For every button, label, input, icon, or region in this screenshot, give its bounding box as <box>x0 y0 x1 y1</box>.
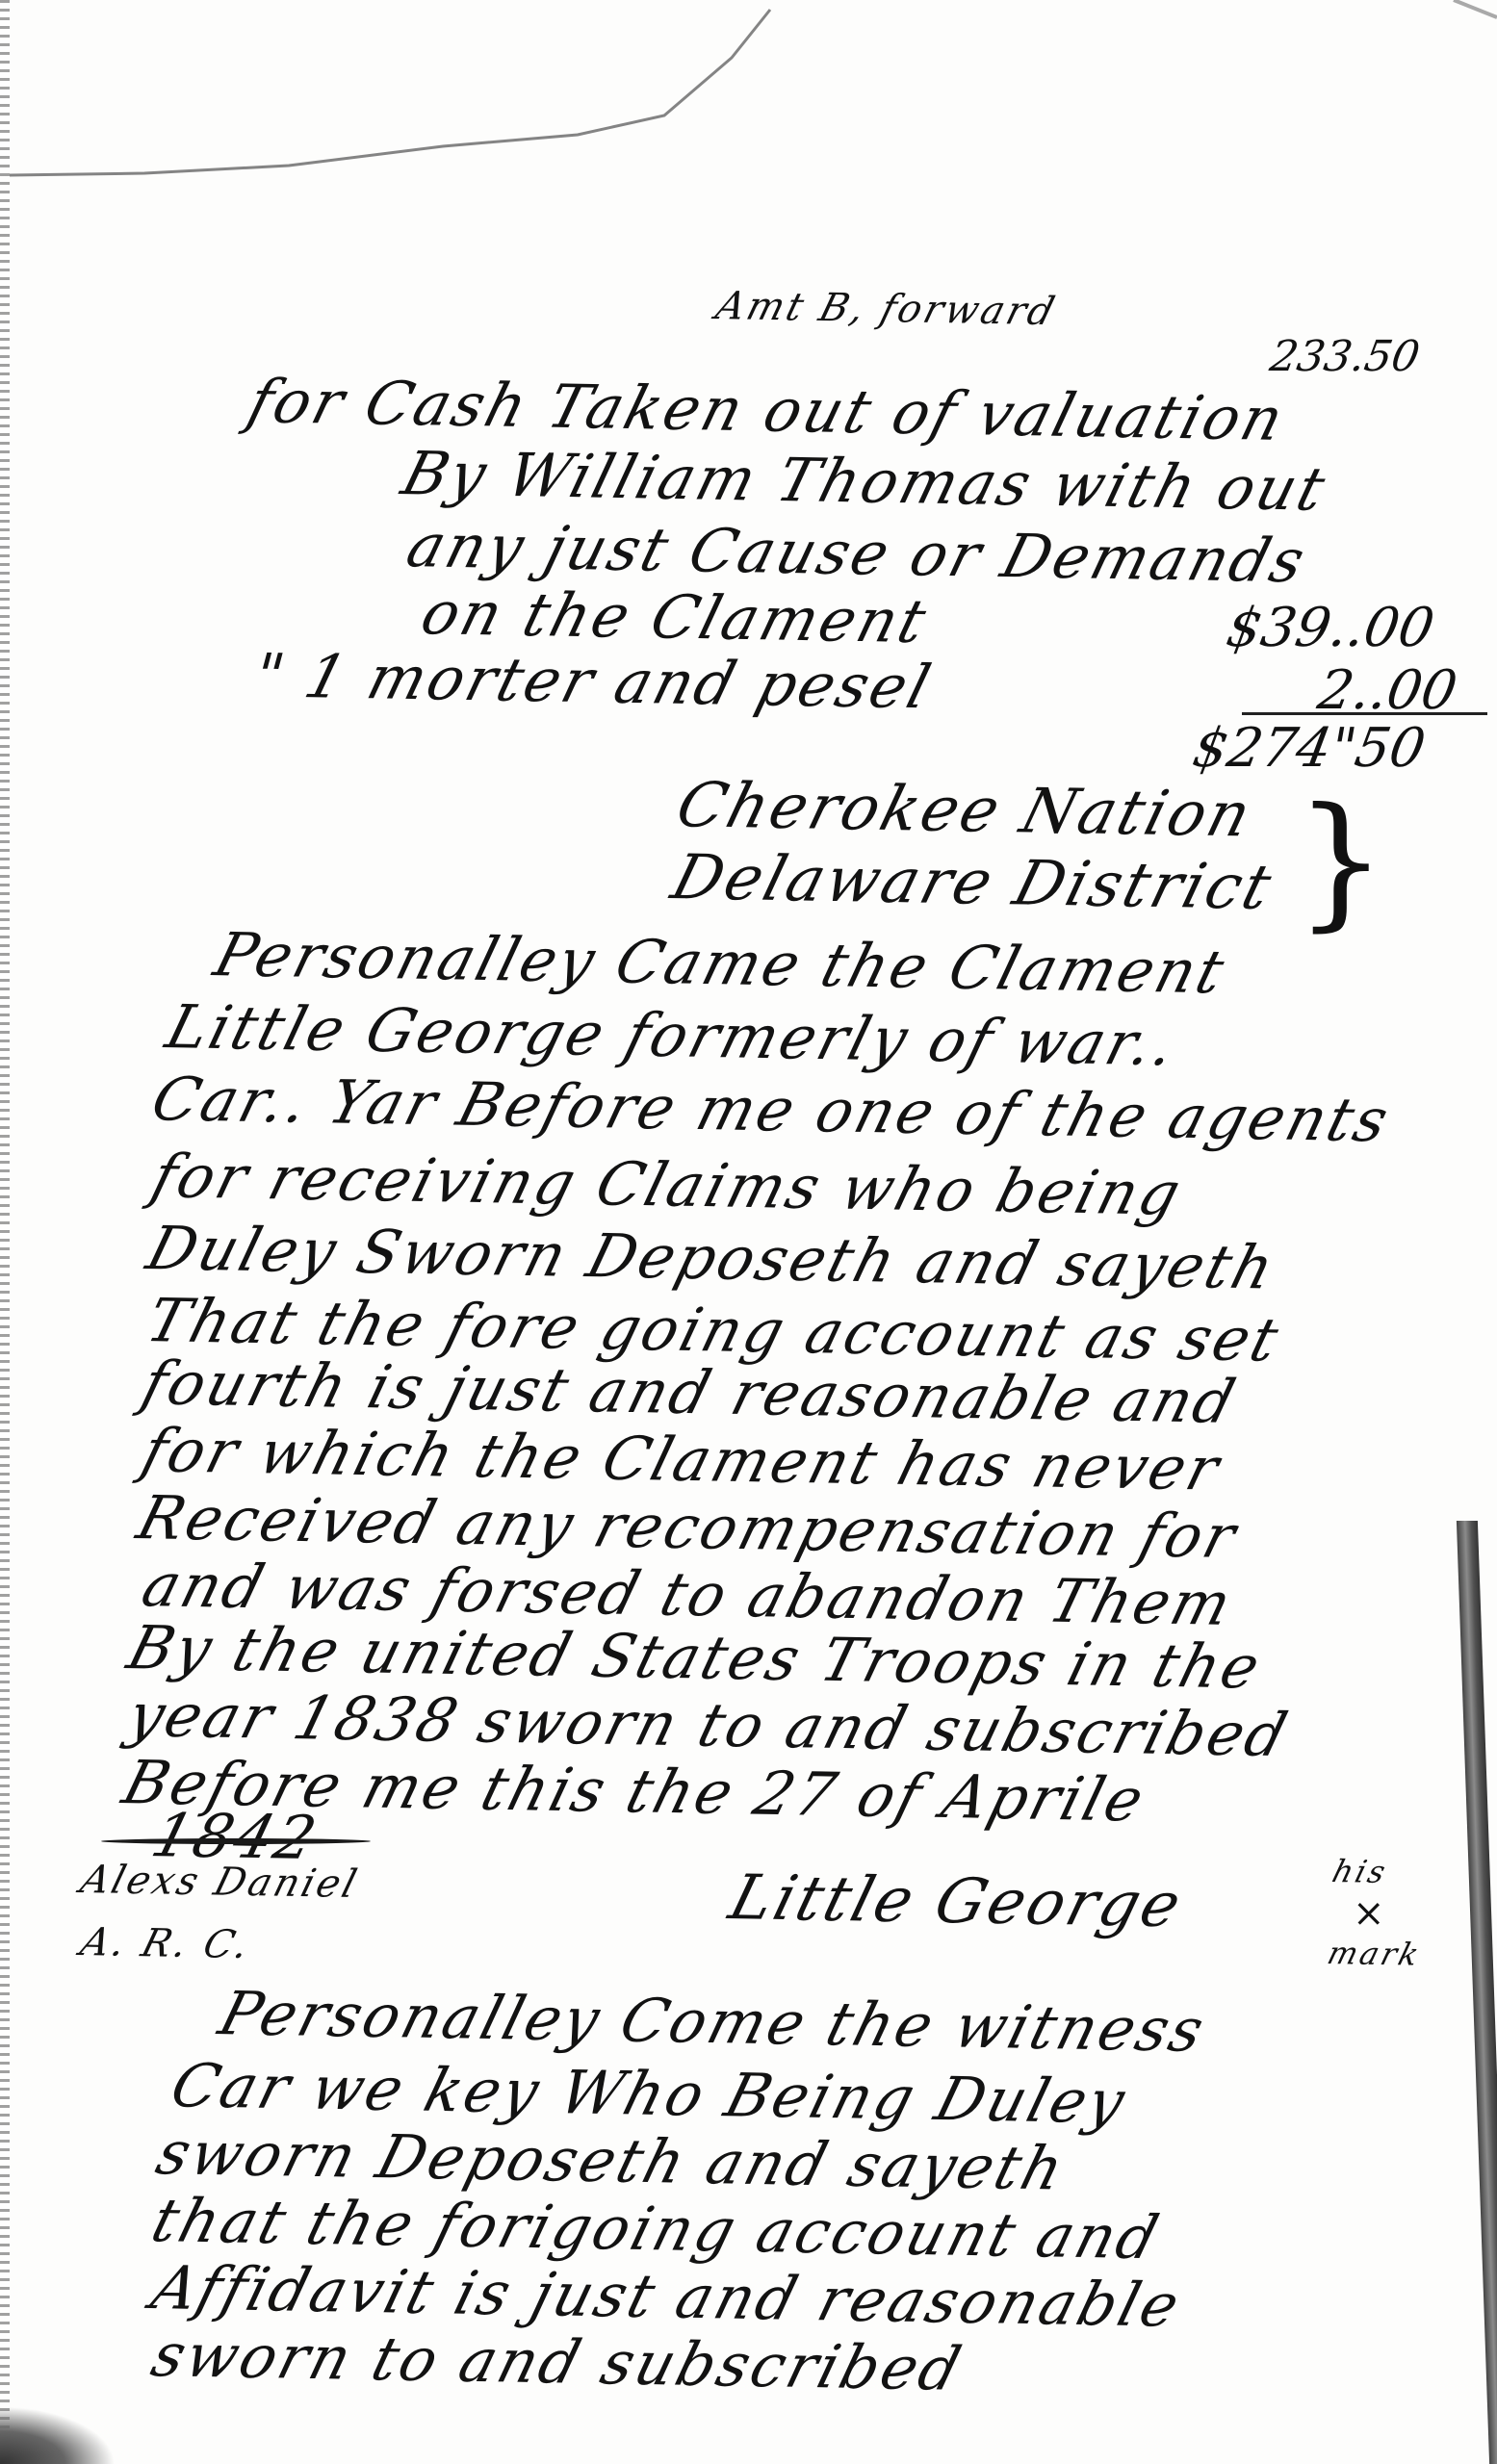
carried-forward-label: Amt B, forward <box>711 284 1062 334</box>
agent-signature-title: A. R. C. <box>76 1920 256 1967</box>
book-binding-edge <box>1457 1521 1497 2464</box>
page-left-edge <box>0 0 10 2464</box>
total-rule <box>1242 712 1487 715</box>
jurisdiction-district: Delaware District <box>664 842 1280 924</box>
claimant-signature: Little George <box>722 1862 1191 1941</box>
affidavit-2-line-1: Personalley Come the witness <box>212 1978 1214 2066</box>
account-total: $274"50 <box>1188 717 1430 780</box>
agent-signature-name: Alexs Daniel <box>76 1858 364 1907</box>
account-item-1-line-1: for Cash Taken out of valuation <box>241 366 1293 454</box>
date-underline-flourish <box>101 1838 371 1844</box>
claimant-mark-x: × <box>1353 1891 1385 1936</box>
affidavit-1-line-3: Car.. Yar Before me one of the agents <box>144 1064 1398 1155</box>
carried-forward-amount: 233.50 <box>1267 332 1424 381</box>
claimant-mark-his: his <box>1329 1853 1392 1890</box>
claimant-mark-label: mark <box>1324 1935 1426 1973</box>
account-item-1-amount: $39..00 <box>1222 597 1438 659</box>
account-item-2-line-1: " 1 morter and pesel <box>245 640 940 722</box>
scanned-document-page: Amt B, forward 233.50 for Cash Taken out… <box>0 0 1497 2464</box>
jurisdiction-brace: } <box>1295 789 1386 934</box>
scan-corner-shadow <box>0 2406 116 2464</box>
jurisdiction-nation: Cherokee Nation <box>669 770 1260 851</box>
paper-fold-crease <box>0 0 1497 241</box>
affidavit-2-line-6: sworn to and subscribed <box>144 2320 970 2404</box>
